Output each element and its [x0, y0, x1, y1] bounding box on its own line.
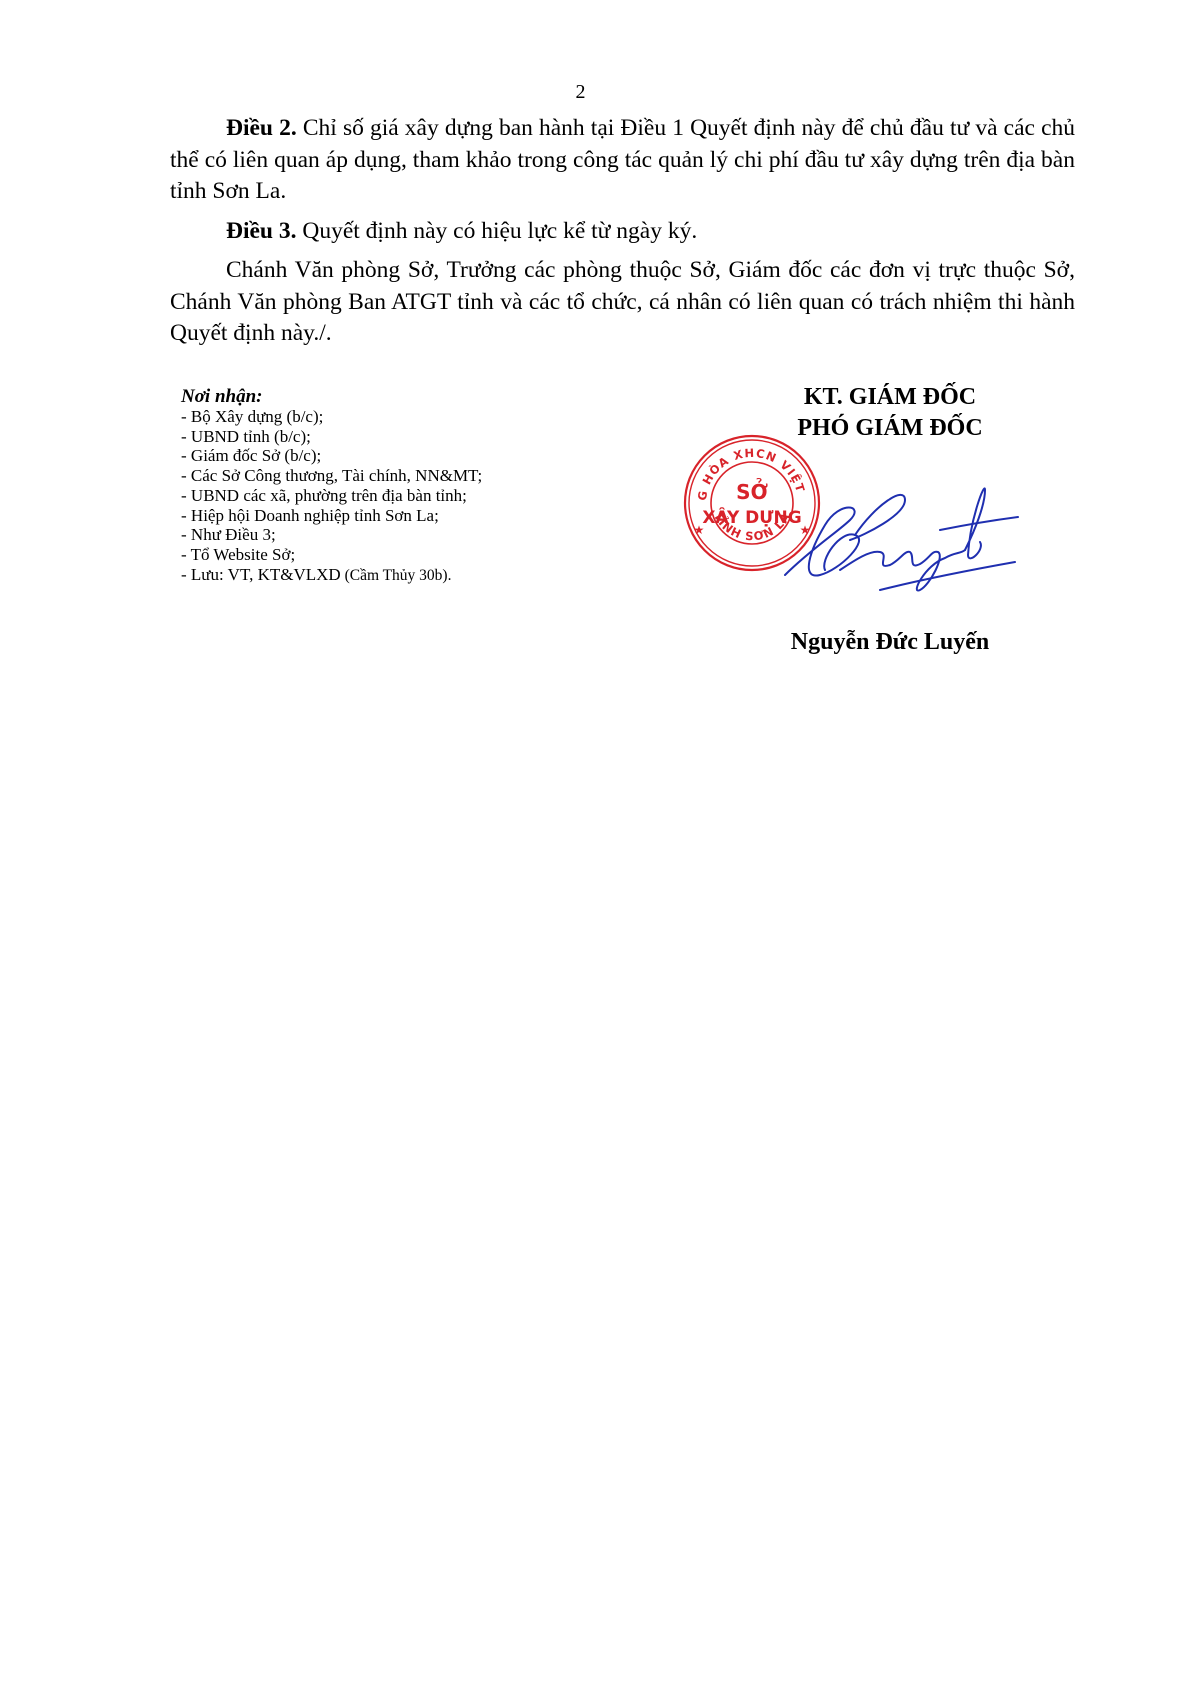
recipient-item: - UBND các xã, phường trên địa bàn tỉnh;: [181, 486, 482, 506]
recipient-item: - Hiệp hội Doanh nghiệp tỉnh Sơn La;: [181, 506, 482, 526]
article-2-text: Chỉ số giá xây dựng ban hành tại Điều 1 …: [170, 115, 1075, 204]
archive-prefix: - Lưu: VT, KT&VLXD: [181, 565, 341, 584]
signer-name: Nguyễn Đức Luyến: [740, 628, 1040, 656]
article-3-label: Điều 3.: [226, 218, 297, 244]
article-2-label: Điều 2.: [226, 115, 297, 141]
recipient-item: - Giám đốc Sở (b/c);: [181, 446, 482, 466]
recipient-item: - Các Sở Công thương, Tài chính, NN&MT;: [181, 466, 482, 486]
article-2: Điều 2. Chỉ số giá xây dựng ban hành tại…: [170, 113, 1075, 208]
page-number: 2: [0, 80, 1161, 104]
handwritten-signature-icon: [780, 480, 1020, 600]
execution-clause: Chánh Văn phòng Sở, Trưởng các phòng thu…: [170, 255, 1075, 350]
recipients-block: Nơi nhận: - Bộ Xây dựng (b/c); - UBND tỉ…: [181, 386, 482, 585]
recipient-item: - Bộ Xây dựng (b/c);: [181, 407, 482, 427]
recipients-heading: Nơi nhận:: [181, 386, 482, 407]
recipient-item: - Tổ Website Sở;: [181, 545, 482, 565]
archive-suffix: (Cầm Thủy 30b).: [341, 567, 452, 584]
recipient-item: - UBND tỉnh (b/c);: [181, 427, 482, 447]
article-3: Điều 3. Quyết định này có hiệu lực kể từ…: [170, 216, 1075, 248]
svg-text:SỞ: SỞ: [736, 479, 768, 504]
signature-title-line1: KT. GIÁM ĐỐC: [740, 382, 1040, 413]
recipient-item-archive: - Lưu: VT, KT&VLXD (Cầm Thủy 30b).: [181, 565, 482, 586]
svg-text:★: ★: [694, 523, 705, 537]
document-body: Điều 2. Chỉ số giá xây dựng ban hành tại…: [170, 113, 1075, 350]
recipient-item: - Như Điều 3;: [181, 525, 482, 545]
article-3-text: Quyết định này có hiệu lực kể từ ngày ký…: [297, 218, 698, 244]
